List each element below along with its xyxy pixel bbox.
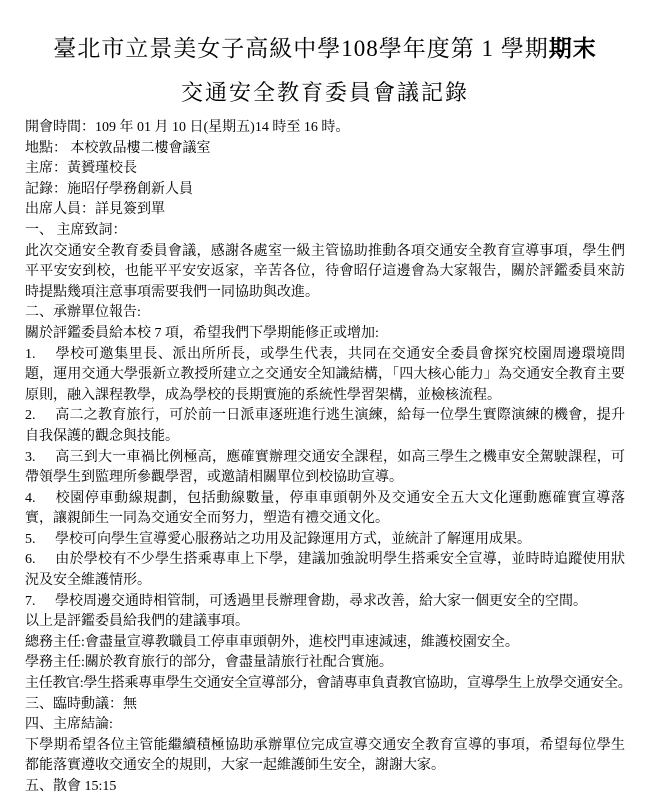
list-item: 2.高二之教育旅行，可於前一日派車逐班進行逃生演練，給每一位學生實際演練的機會，… <box>25 406 625 447</box>
doc-paragraph: 總務主任:會盡量宣導教職員工停車車頭朝外，進校門車速減速，維護校園安全。 <box>25 633 625 654</box>
document-title-suffix: 期末 <box>549 36 597 61</box>
item-text: 高二之教育旅行，可於前一日派車逐班進行逃生演練，給每一位學生實際演練的機會，提升… <box>25 408 625 444</box>
item-text: 校園停車動線規劃，包括動線數量，停車車頭朝外及交通安全五大文化運動應確實宣導落實… <box>25 491 625 527</box>
section-heading: 五、散會 15:15 <box>25 777 625 798</box>
list-item: 5.學校可向學生宣導愛心服務站之功用及記錄運用方式，並統計了解運用成果。 <box>25 530 625 551</box>
item-number: 5. <box>25 530 55 551</box>
doc-paragraph: 關於評鑑委員給本校 7 項，希望我們下學期能修正或增加: <box>25 324 625 345</box>
meta-line: 記錄：施昭仔學務創新人員 <box>25 180 625 201</box>
item-number: 2. <box>25 406 55 427</box>
item-text: 高三到大一車禍比例極高，應確實辦理交通安全課程，如高三學生之機車安全駕駛課程，可… <box>25 450 625 486</box>
section-heading: 四、主席結論: <box>25 715 625 736</box>
section-heading: 二、承辦單位報告: <box>25 303 625 324</box>
item-number: 4. <box>25 489 55 510</box>
item-text: 學校可向學生宣導愛心服務站之功用及記錄運用方式，並統計了解運用成果。 <box>55 532 531 547</box>
item-text: 學校周邊交通時相管制，可透過里長辦理會勘，尋求改善，給大家一個更安全的空間。 <box>55 594 587 609</box>
document-subtitle: 交通安全教育委員會議記錄 <box>25 78 625 108</box>
item-number: 1. <box>25 345 55 366</box>
list-item: 1.學校可邀集里長、派出所所長，或學生代表，共同在交通安全委員會探究校園周邊環境… <box>25 345 625 407</box>
item-text: 由於學校有不少學生搭乘專車上下學，建議加強說明學生搭乘安全宣導，並時時追蹤使用狀… <box>25 552 625 588</box>
document-title-main: 臺北市立景美女子高級中學108學年度第 1 學期 <box>53 36 549 61</box>
document-title: 臺北市立景美女子高級中學108學年度第 1 學期期末 <box>25 33 625 65</box>
list-item: 3.高三到大一車禍比例極高，應確實辦理交通安全課程，如高三學生之機車安全駕駛課程… <box>25 448 625 489</box>
item-number: 3. <box>25 448 55 469</box>
item-number: 7. <box>25 592 55 613</box>
doc-paragraph: 以上是評鑑委員給我們的建議事項。 <box>25 612 625 633</box>
meta-line: 主席：黃贇瑾校長 <box>25 159 625 180</box>
item-text: 學校可邀集里長、派出所所長，或學生代表，共同在交通安全委員會探究校園周邊環境問題… <box>25 347 625 403</box>
section-heading: 一、 主席致詞： <box>25 221 625 242</box>
list-item: 4.校園停車動線規劃，包括動線數量，停車車頭朝外及交通安全五大文化運動應確實宣導… <box>25 489 625 530</box>
item-number: 6. <box>25 550 55 571</box>
doc-paragraph: 學務主任:關於教育旅行的部分，會盡量請旅行社配合實施。 <box>25 653 625 674</box>
section-heading: 三、臨時動議：無 <box>25 695 625 716</box>
doc-paragraph: 此次交通安全教育委員會議，感謝各處室一級主管協助推動各項交通安全教育宣導事項，學… <box>25 242 625 304</box>
list-item: 7.學校周邊交通時相管制，可透過里長辦理會勘，尋求改善，給大家一個更安全的空間。 <box>25 592 625 613</box>
doc-paragraph: 主任教官:學生搭乘專車學生交通安全宣導部分，會請專車負責教官協助，宣導學生上放學… <box>25 674 625 695</box>
doc-paragraph: 下學期希望各位主管能繼續積極協助承辦單位完成宣導交通安全教育宣導的事項，希望每位… <box>25 736 625 777</box>
document-body: 開會時間：109 年 01 月 10 日(星期五)14 時至 16 時。地點： … <box>25 118 625 798</box>
meta-line: 地點： 本校敦品樓二樓會議室 <box>25 139 625 160</box>
meta-line: 開會時間：109 年 01 月 10 日(星期五)14 時至 16 時。 <box>25 118 625 139</box>
meeting-minutes-document: 臺北市立景美女子高級中學108學年度第 1 學期期末 交通安全教育委員會議記錄 … <box>0 0 647 798</box>
list-item: 6.由於學校有不少學生搭乘專車上下學，建議加強說明學生搭乘安全宣導，並時時追蹤使… <box>25 550 625 591</box>
meta-line: 出席人員：詳見簽到單 <box>25 200 625 221</box>
